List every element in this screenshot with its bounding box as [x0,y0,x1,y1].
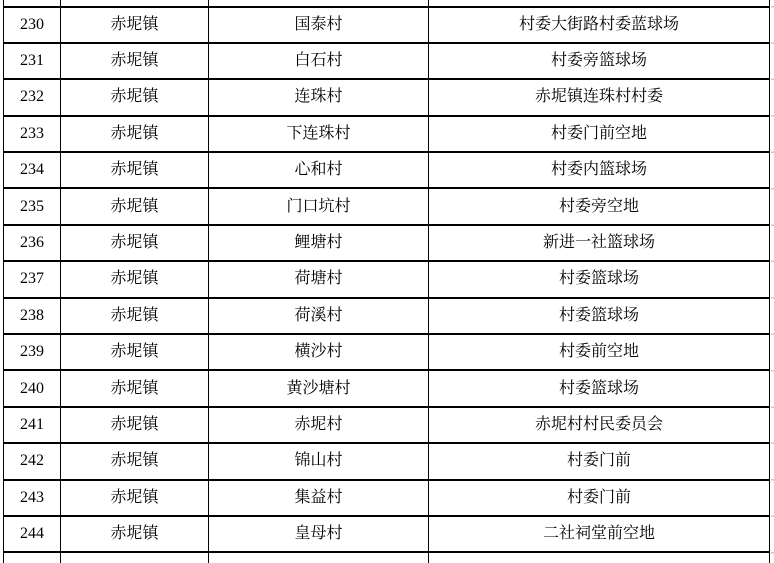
cell-town-name: 赤坭镇 [61,517,209,551]
cell-serial-number: 236 [4,226,61,260]
cell-serial-number: 234 [4,153,61,187]
cell-serial-number: 232 [4,80,61,114]
cell-serial-number: 241 [4,408,61,442]
cell-town [61,553,209,563]
table-row: 243 赤坭镇 集益村 村委门前 [4,481,770,517]
table-row: 242 赤坭镇 锦山村 村委门前 [4,444,770,480]
cell-serial-number: 244 [4,517,61,551]
cell-village-name: 荷塘村 [209,262,429,296]
cell-venue-location: 二社祠堂前空地 [429,517,770,551]
cell-serial-number: 230 [4,8,61,42]
cell-venue-location: 村委篮球场 [429,371,770,405]
spreadsheet-gridline-continuation [771,0,774,563]
cell-venue-location: 村委篮球场 [429,262,770,296]
table-row-partial-bottom [4,553,770,563]
cell-serial [4,0,61,6]
cell-serial-number: 231 [4,44,61,78]
cell-village-name: 黄沙塘村 [209,371,429,405]
cell-serial-number: 238 [4,299,61,333]
cell-village [209,553,429,563]
table-row: 240 赤坭镇 黄沙塘村 村委篮球场 [4,371,770,407]
cell-village-name: 鲤塘村 [209,226,429,260]
table-row: 232 赤坭镇 连珠村 赤坭镇连珠村村委 [4,80,770,116]
table-row: 231 赤坭镇 白石村 村委旁篮球场 [4,44,770,80]
cell-serial-number: 235 [4,189,61,223]
cell-venue-location: 村委门前空地 [429,117,770,151]
table-row: 234 赤坭镇 心和村 村委内篮球场 [4,153,770,189]
table-row: 244 赤坭镇 皇母村 二社祠堂前空地 [4,517,770,553]
cell-venue-location: 村委篮球场 [429,299,770,333]
table-body: 230 赤坭镇 国泰村 村委大街路村委蓝球场 231 赤坭镇 白石村 村委旁篮球… [4,8,771,554]
cell-town-name: 赤坭镇 [61,444,209,478]
table-row: 238 赤坭镇 荷溪村 村委篮球场 [4,299,770,335]
cell-venue-location: 村委旁空地 [429,189,770,223]
table-row: 235 赤坭镇 门口坑村 村委旁空地 [4,189,770,225]
cell-venue-location: 村委前空地 [429,335,770,369]
cell-town-name: 赤坭镇 [61,189,209,223]
cell-serial-number: 242 [4,444,61,478]
cell-town-name: 赤坭镇 [61,299,209,333]
table-row: 237 赤坭镇 荷塘村 村委篮球场 [4,262,770,298]
cell-venue-location: 赤坭镇连珠村村委 [429,80,770,114]
cell-village-name: 皇母村 [209,517,429,551]
table-row: 239 赤坭镇 横沙村 村委前空地 [4,335,770,371]
cell-venue-location: 村委大街路村委蓝球场 [429,8,770,42]
cell-village-name: 下连珠村 [209,117,429,151]
cell-serial [4,553,61,563]
table-row-partial-top [4,0,770,8]
cell-town-name: 赤坭镇 [61,262,209,296]
venues-table: 230 赤坭镇 国泰村 村委大街路村委蓝球场 231 赤坭镇 白石村 村委旁篮球… [3,0,771,563]
cell-town-name: 赤坭镇 [61,153,209,187]
cell-serial-number: 233 [4,117,61,151]
cell-venue-location: 村委门前 [429,481,770,515]
cell-serial-number: 240 [4,371,61,405]
table-row: 230 赤坭镇 国泰村 村委大街路村委蓝球场 [4,8,770,44]
cell-town-name: 赤坭镇 [61,226,209,260]
cell-town-name: 赤坭镇 [61,408,209,442]
cell-location [429,553,770,563]
cell-town-name: 赤坭镇 [61,335,209,369]
table-row: 241 赤坭镇 赤坭村 赤坭村村民委员会 [4,408,770,444]
table-row: 233 赤坭镇 下连珠村 村委门前空地 [4,117,770,153]
cell-venue-location: 新进一社篮球场 [429,226,770,260]
cell-town [61,0,209,6]
cell-venue-location: 村委门前 [429,444,770,478]
cell-village-name: 锦山村 [209,444,429,478]
cell-town-name: 赤坭镇 [61,371,209,405]
cell-village-name: 白石村 [209,44,429,78]
cell-town-name: 赤坭镇 [61,8,209,42]
cell-village-name: 集益村 [209,481,429,515]
cell-location [429,0,770,6]
cell-serial-number: 243 [4,481,61,515]
cell-village-name: 国泰村 [209,8,429,42]
cell-town-name: 赤坭镇 [61,481,209,515]
document-page: 230 赤坭镇 国泰村 村委大街路村委蓝球场 231 赤坭镇 白石村 村委旁篮球… [0,0,774,563]
cell-village-name: 连珠村 [209,80,429,114]
table-row: 236 赤坭镇 鲤塘村 新进一社篮球场 [4,226,770,262]
cell-town-name: 赤坭镇 [61,80,209,114]
cell-village-name: 赤坭村 [209,408,429,442]
cell-venue-location: 村委旁篮球场 [429,44,770,78]
cell-village-name: 横沙村 [209,335,429,369]
cell-village-name: 荷溪村 [209,299,429,333]
cell-serial-number: 237 [4,262,61,296]
cell-town-name: 赤坭镇 [61,117,209,151]
cell-venue-location: 村委内篮球场 [429,153,770,187]
cell-village-name: 心和村 [209,153,429,187]
cell-venue-location: 赤坭村村民委员会 [429,408,770,442]
cell-village [209,0,429,6]
cell-village-name: 门口坑村 [209,189,429,223]
cell-town-name: 赤坭镇 [61,44,209,78]
cell-serial-number: 239 [4,335,61,369]
